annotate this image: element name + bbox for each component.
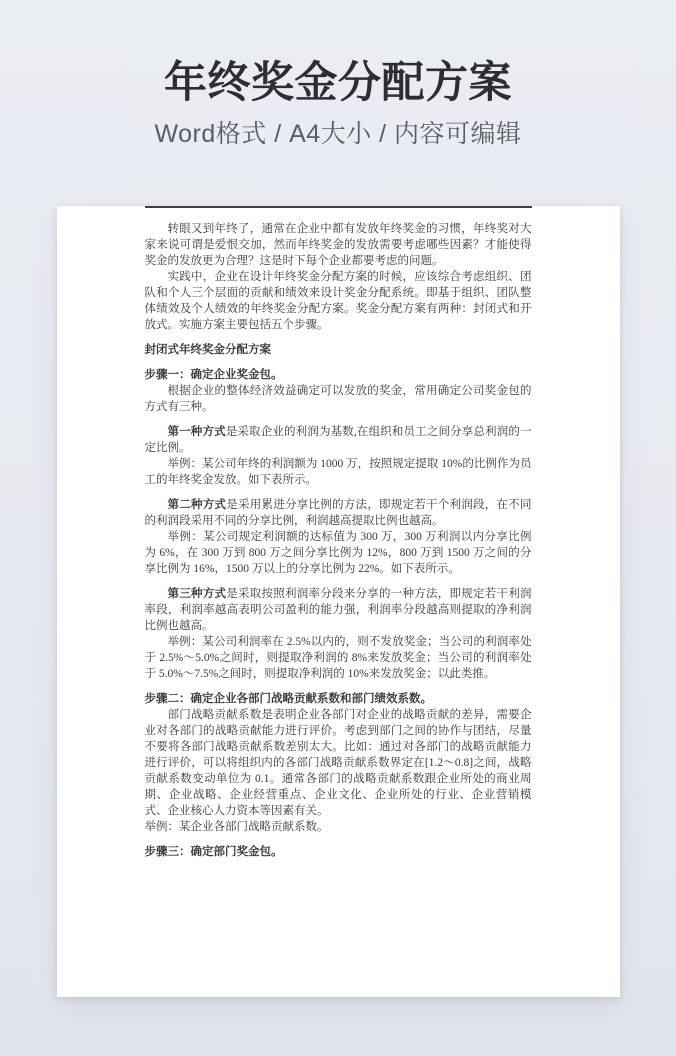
page-title: 年终奖金分配方案 (0, 62, 676, 105)
paragraph-lead: 第三种方式 (168, 588, 227, 600)
section-heading: 步骤二：确定企业各部门战略贡献系数和部门绩效系数。 (145, 691, 532, 707)
section-heading: 封闭式年终奖金分配方案 (145, 342, 532, 358)
hero-header: 年终奖金分配方案 Word格式 / A4大小 / 内容可编辑 (0, 0, 676, 149)
paragraph: 转眼又到年终了，通常在企业中都有发放年终奖金的习惯，年终奖对大家来说可谓是爱恨交… (145, 221, 532, 269)
top-divider (145, 206, 532, 208)
paragraph: 根据企业的整体经济效益确定可以发放的奖金，常用确定公司奖金包的方式有三种。 (145, 383, 532, 415)
paragraph: 部门战略贡献系数是表明企业各部门对企业的战略贡献的差异，需要企业对各部门的战略贡… (145, 707, 532, 819)
paragraph-lead: 第一种方式 (168, 426, 226, 438)
section-heading: 步骤三：确定部门奖金包。 (145, 844, 532, 860)
paragraph: 举例：某公司年终的利润额为 1000 万，按照规定提取 10%的比例作为员工的年… (145, 456, 532, 488)
paragraph-lead: 第二种方式 (168, 499, 227, 511)
document-body: 转眼又到年终了，通常在企业中都有发放年终奖金的习惯，年终奖对大家来说可谓是爱恨交… (145, 221, 532, 860)
section-heading: 步骤一：确定企业奖金包。 (145, 367, 532, 383)
paragraph: 举例：某公司利润率在 2.5%以内的，则不发放奖金；当公司的利润率处于 2.5%… (145, 634, 532, 682)
template-preview-page: { "hero": { "title": "年终奖金分配方案", "subtit… (0, 0, 676, 1056)
page-subtitle: Word格式 / A4大小 / 内容可编辑 (0, 119, 676, 149)
paragraph: 举例：某企业各部门战略贡献系数。 (145, 819, 532, 835)
paragraph: 第一种方式是采取企业的利润为基数,在组织和员工之间分享总利润的一定比例。 (145, 424, 532, 456)
paragraph: 实践中，企业在设计年终奖金分配方案的时候，应该综合考虑组织、团队和个人三个层面的… (145, 269, 532, 333)
document-page: 转眼又到年终了，通常在企业中都有发放年终奖金的习惯，年终奖对大家来说可谓是爱恨交… (57, 206, 620, 997)
paragraph: 第三种方式是采取按照利润率分段来分享的一种方法，即规定若干利润率段，利润率越高表… (145, 586, 532, 634)
paragraph: 举例：某公司规定利润额的达标值为 300 万，300 万利润以内分享比例为 6%… (145, 529, 532, 577)
paragraph: 第二种方式是采用累进分享比例的方法，即规定若干个利润段，在不同的利润段采用不同的… (145, 497, 532, 529)
